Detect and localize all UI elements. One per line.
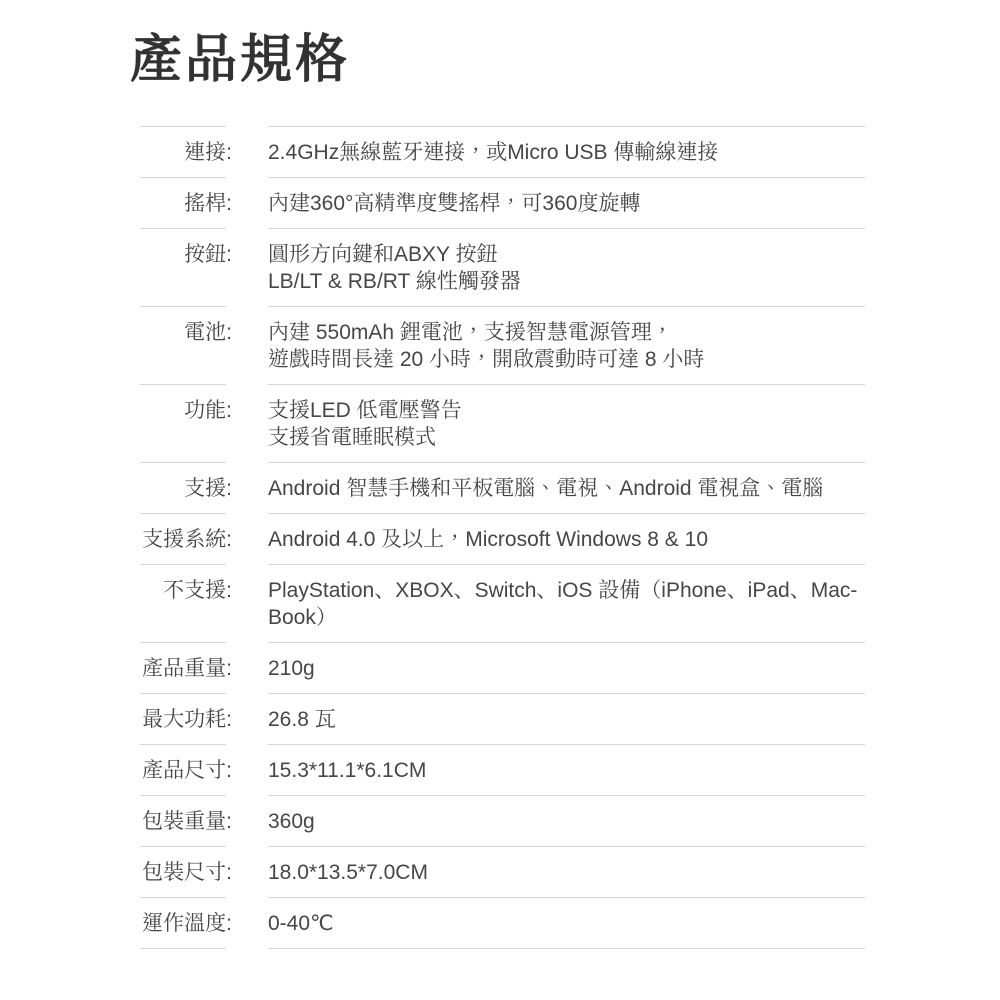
spec-value: 26.8 瓦	[268, 706, 865, 733]
spec-label: 搖桿:	[130, 190, 232, 217]
spec-label: 支援系統:	[130, 526, 232, 553]
spec-label: 運作溫度:	[130, 910, 232, 937]
spec-label: 不支援:	[130, 577, 232, 631]
spec-row-max-power: 最大功耗: 26.8 瓦	[130, 694, 865, 744]
spec-row-connection: 連接: 2.4GHz無線藍牙連接，或Micro USB 傳輸線連接	[130, 127, 865, 177]
spec-row-features: 功能: 支援LED 低電壓警告 支援省電睡眠模式	[130, 385, 865, 462]
separator-value-segment	[268, 126, 865, 127]
row-separator	[130, 948, 865, 949]
spec-row-product-size: 產品尺寸: 15.3*11.1*6.1CM	[130, 745, 865, 795]
spec-value: PlayStation、XBOX、Switch、iOS 設備（iPhone、iP…	[268, 577, 865, 631]
spec-value: 圓形方向鍵和ABXY 按鈕 LB/LT & RB/RT 線性觸發器	[268, 241, 865, 295]
spec-row-supported-systems: 支援系統: Android 4.0 及以上，Microsoft Windows …	[130, 514, 865, 564]
spec-table: 連接: 2.4GHz無線藍牙連接，或Micro USB 傳輸線連接 搖桿: 內建…	[130, 126, 865, 949]
spec-row-buttons: 按鈕: 圓形方向鍵和ABXY 按鈕 LB/LT & RB/RT 線性觸發器	[130, 229, 865, 306]
separator-value-segment	[268, 306, 865, 307]
spec-value: Android 4.0 及以上，Microsoft Windows 8 & 10	[268, 526, 865, 553]
spec-value: 210g	[268, 655, 865, 682]
separator-label-segment	[140, 513, 226, 514]
spec-value: 支援LED 低電壓警告 支援省電睡眠模式	[268, 397, 865, 451]
separator-label-segment	[140, 642, 226, 643]
separator-label-segment	[140, 693, 226, 694]
row-separator	[130, 795, 865, 796]
spec-label: 功能:	[130, 397, 232, 451]
spec-row-not-supported: 不支援: PlayStation、XBOX、Switch、iOS 設備（iPho…	[130, 565, 865, 642]
spec-label: 包裝重量:	[130, 808, 232, 835]
separator-value-segment	[268, 177, 865, 178]
separator-value-segment	[268, 513, 865, 514]
row-separator	[130, 744, 865, 745]
spec-value: Android 智慧手機和平板電腦、電視、Android 電視盒、電腦	[268, 475, 865, 502]
separator-value-segment	[268, 462, 865, 463]
separator-value-segment	[268, 948, 865, 949]
separator-value-segment	[268, 228, 865, 229]
separator-value-segment	[268, 564, 865, 565]
spec-label: 連接:	[130, 139, 232, 166]
spec-label: 電池:	[130, 319, 232, 373]
separator-value-segment	[268, 897, 865, 898]
spec-value: 15.3*11.1*6.1CM	[268, 757, 865, 784]
spec-row-product-weight: 產品重量: 210g	[130, 643, 865, 693]
separator-value-segment	[268, 846, 865, 847]
separator-value-segment	[268, 744, 865, 745]
separator-label-segment	[140, 384, 226, 385]
row-separator	[130, 513, 865, 514]
separator-label-segment	[140, 744, 226, 745]
spec-label: 包裝尺寸:	[130, 859, 232, 886]
separator-label-segment	[140, 948, 226, 949]
row-separator	[130, 177, 865, 178]
separator-label-segment	[140, 228, 226, 229]
spec-row-package-size: 包裝尺寸: 18.0*13.5*7.0CM	[130, 847, 865, 897]
row-separator	[130, 897, 865, 898]
spec-label: 產品尺寸:	[130, 757, 232, 784]
separator-label-segment	[140, 306, 226, 307]
spec-label: 支援:	[130, 475, 232, 502]
row-separator	[130, 306, 865, 307]
row-separator	[130, 462, 865, 463]
spec-label: 按鈕:	[130, 241, 232, 295]
separator-value-segment	[268, 384, 865, 385]
separator-label-segment	[140, 846, 226, 847]
spec-label: 最大功耗:	[130, 706, 232, 733]
separator-label-segment	[140, 564, 226, 565]
row-separator	[130, 642, 865, 643]
spec-row-battery: 電池: 內建 550mAh 鋰電池，支援智慧電源管理， 遊戲時間長達 20 小時…	[130, 307, 865, 384]
spec-label: 產品重量:	[130, 655, 232, 682]
separator-value-segment	[268, 693, 865, 694]
spec-value: 0-40℃	[268, 910, 865, 937]
row-separator	[130, 384, 865, 385]
spec-row-joystick: 搖桿: 內建360°高精準度雙搖桿，可360度旋轉	[130, 178, 865, 228]
separator-label-segment	[140, 795, 226, 796]
spec-value: 內建 550mAh 鋰電池，支援智慧電源管理， 遊戲時間長達 20 小時，開啟震…	[268, 319, 865, 373]
row-separator	[130, 126, 865, 127]
spec-row-supported-devices: 支援: Android 智慧手機和平板電腦、電視、Android 電視盒、電腦	[130, 463, 865, 513]
separator-label-segment	[140, 177, 226, 178]
spec-value: 360g	[268, 808, 865, 835]
product-spec-page: 產品規格 連接: 2.4GHz無線藍牙連接，或Micro USB 傳輸線連接 搖…	[0, 0, 1000, 949]
separator-label-segment	[140, 462, 226, 463]
separator-value-segment	[268, 642, 865, 643]
row-separator	[130, 228, 865, 229]
row-separator	[130, 846, 865, 847]
row-separator	[130, 693, 865, 694]
separator-label-segment	[140, 897, 226, 898]
spec-row-package-weight: 包裝重量: 360g	[130, 796, 865, 846]
page-title: 產品規格	[130, 30, 1000, 90]
spec-row-operating-temp: 運作溫度: 0-40℃	[130, 898, 865, 948]
spec-value: 18.0*13.5*7.0CM	[268, 859, 865, 886]
spec-value: 內建360°高精準度雙搖桿，可360度旋轉	[268, 190, 865, 217]
spec-value: 2.4GHz無線藍牙連接，或Micro USB 傳輸線連接	[268, 139, 865, 166]
separator-value-segment	[268, 795, 865, 796]
row-separator	[130, 564, 865, 565]
separator-label-segment	[140, 126, 226, 127]
